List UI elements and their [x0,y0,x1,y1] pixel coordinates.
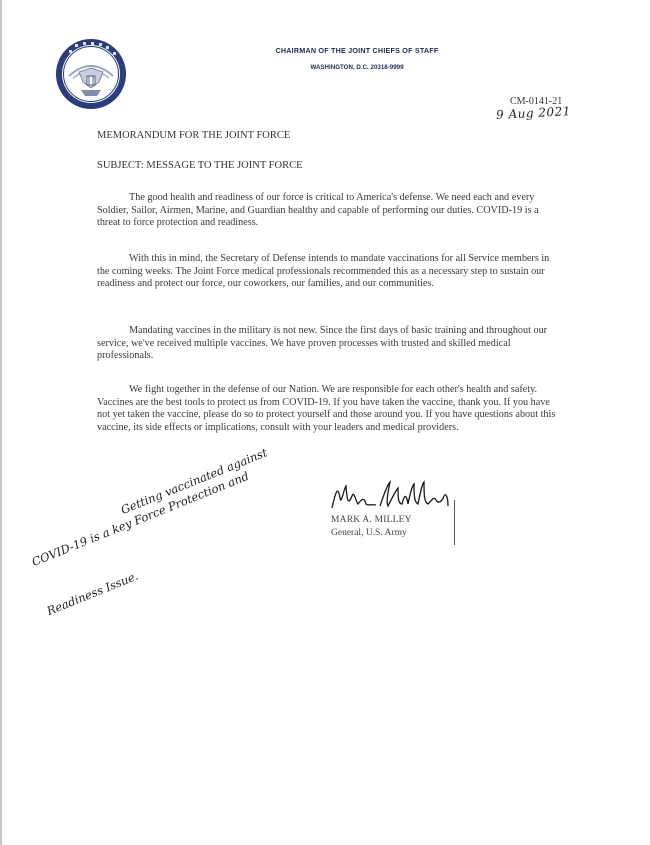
department-of-defense-seal-icon [55,38,127,110]
memo-addressee: MEMORANDUM FOR THE JOINT FORCE [97,130,290,141]
letterhead-address: WASHINGTON, D.C. 20318-9999 [192,64,522,71]
handwritten-note-line-2: COVID-19 is a key Force Protection and [30,469,251,569]
paragraph-2: With this in mind, the Secretary of Defe… [97,253,562,291]
signer-name: MARK A. MILLEY [331,515,412,525]
paragraph-text: The good health and readiness of our for… [97,192,539,228]
signature-icon [328,478,458,514]
memo-subject: SUBJECT: MESSAGE TO THE JOINT FORCE [97,160,303,171]
paragraph-text: Mandating vaccines in the military is no… [97,325,547,361]
memo-page: CHAIRMAN OF THE JOINT CHIEFS OF STAFF WA… [0,0,650,845]
handwritten-date: 9 Aug 2021 [496,104,572,122]
letterhead: CHAIRMAN OF THE JOINT CHIEFS OF STAFF WA… [192,44,522,71]
letterhead-title: CHAIRMAN OF THE JOINT CHIEFS OF STAFF [192,46,522,55]
paragraph-3: Mandating vaccines in the military is no… [97,325,562,363]
paragraph-text: With this in mind, the Secretary of Defe… [97,253,549,289]
handwritten-note-line-3: Readiness Issue. [45,569,140,618]
paragraph-1: The good health and readiness of our for… [97,192,562,230]
signer-title: General, U.S. Army [331,528,407,538]
paragraph-4: We fight together in the defense of our … [97,384,562,434]
paragraph-text: We fight together in the defense of our … [97,384,555,433]
signature-margin-line [454,500,455,545]
